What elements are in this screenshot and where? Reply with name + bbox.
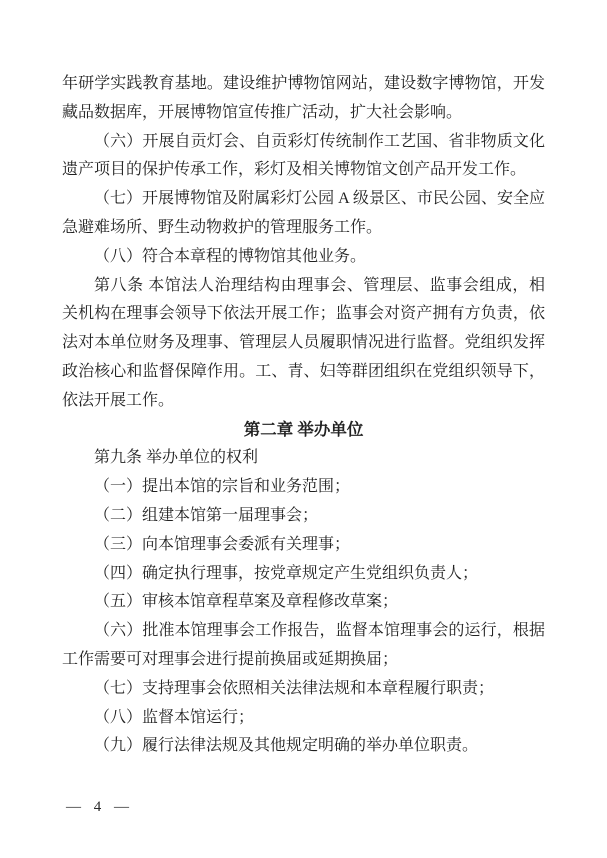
paragraph-item-8-business: （八）符合本章程的博物馆其他业务。: [62, 243, 545, 272]
paragraph-item-7-business: （七）开展博物馆及附属彩灯公园 A 级景区、市民公园、安全应急避难场所、野生动物…: [62, 185, 545, 243]
paragraph-right-6: （六）批准本馆理事会工作报告，监督本馆理事会的运行，根据工作需要可对理事会进行提…: [62, 617, 545, 675]
paragraph-article-9: 第九条 举办单位的权利: [62, 444, 545, 473]
chapter-2-heading: 第二章 举办单位: [62, 416, 545, 445]
page-number: — 4 —: [66, 796, 130, 818]
paragraph-right-8: （八）监督本馆运行；: [62, 704, 545, 733]
paragraph-right-5: （五）审核本馆章程草案及章程修改草案；: [62, 588, 545, 617]
paragraph-right-3: （三）向本馆理事会委派有关理事；: [62, 531, 545, 560]
paragraph-right-1: （一）提出本馆的宗旨和业务范围；: [62, 473, 545, 502]
paragraph-continuation: 年研学实践教育基地。建设维护博物馆网站，建设数字博物馆，开发藏品数据库，开展博物…: [62, 70, 545, 128]
text-block: 年研学实践教育基地。建设维护博物馆网站，建设数字博物馆，开发藏品数据库，开展博物…: [62, 70, 545, 761]
paragraph-right-7: （七）支持理事会依照相关法律法规和本章程履行职责；: [62, 675, 545, 704]
paragraph-right-4: （四）确定执行理事，按党章规定产生党组织负责人；: [62, 560, 545, 589]
paragraph-item-6-business: （六）开展自贡灯会、自贡彩灯传统制作工艺国、省非物质文化遗产项目的保护传承工作，…: [62, 128, 545, 186]
document-page: 年研学实践教育基地。建设维护博物馆网站，建设数字博物馆，开发藏品数据库，开展博物…: [0, 0, 607, 858]
paragraph-right-2: （二）组建本馆第一届理事会；: [62, 502, 545, 531]
paragraph-article-8: 第八条 本馆法人治理结构由理事会、管理层、监事会组成，相关机构在理事会领导下依法…: [62, 272, 545, 416]
paragraph-right-9: （九）履行法律法规及其他规定明确的举办单位职责。: [62, 732, 545, 761]
